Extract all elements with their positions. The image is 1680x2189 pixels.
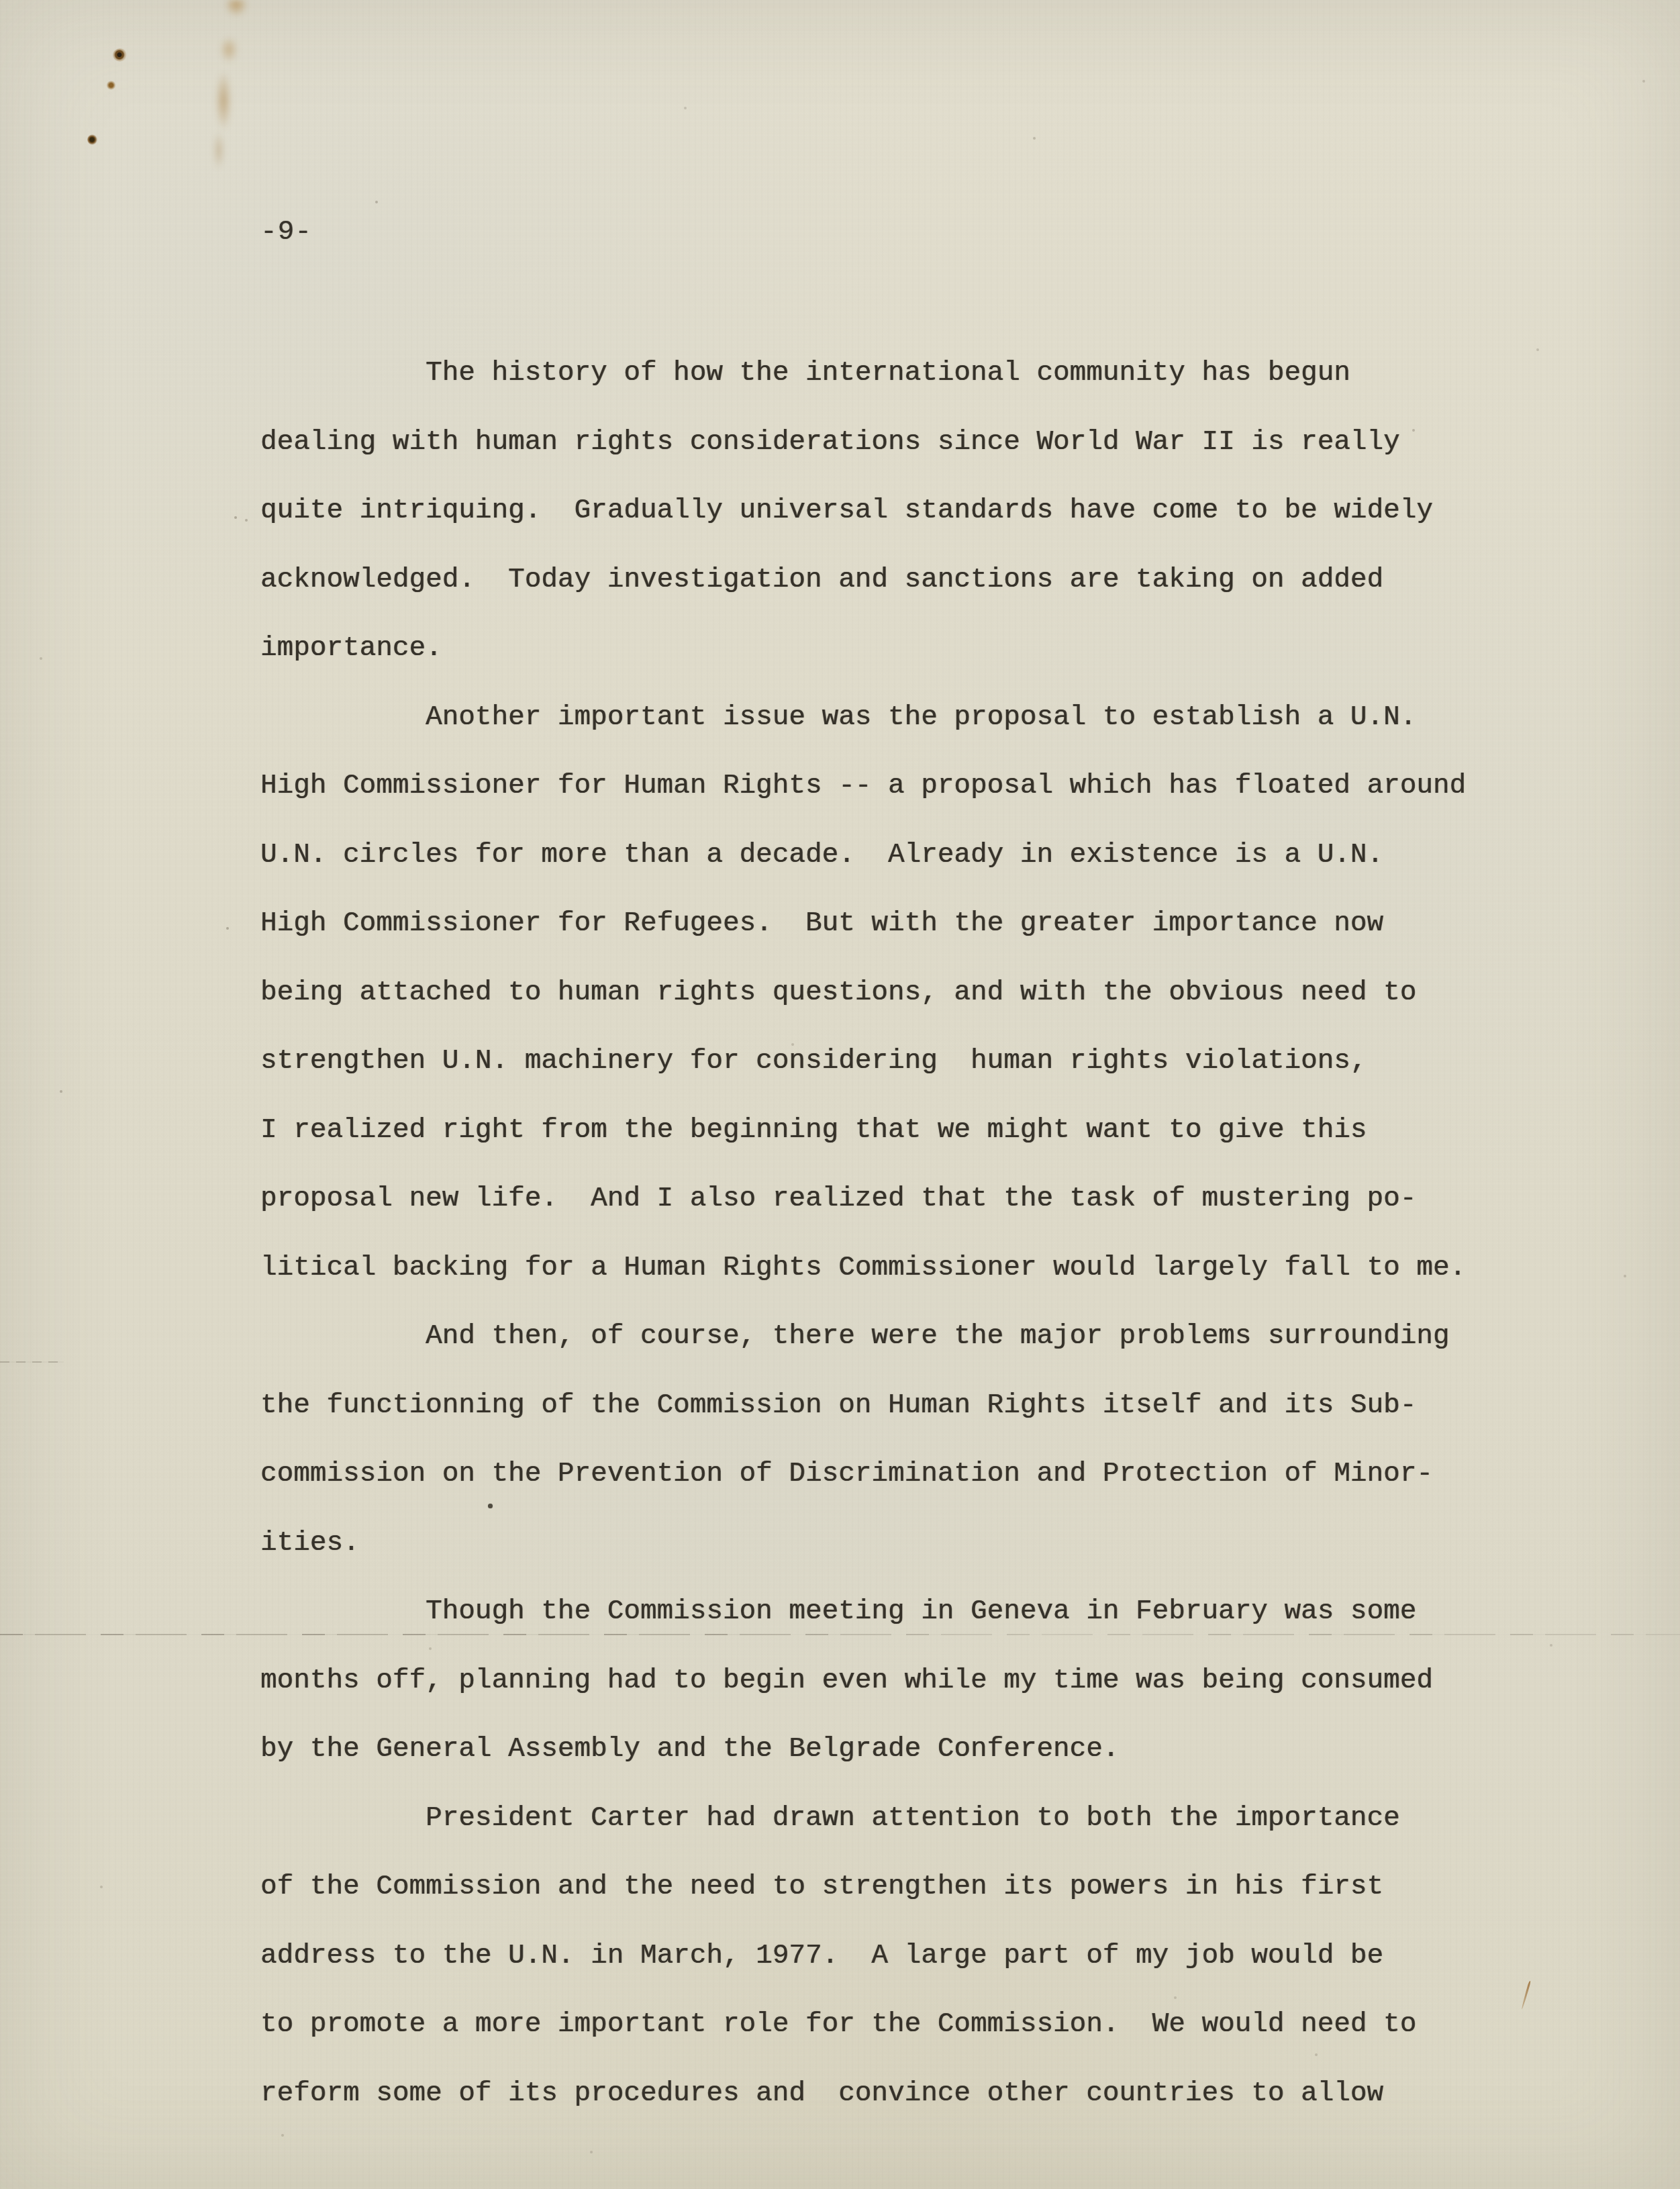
- text-line: of the Commission and the need to streng…: [260, 1853, 1536, 1922]
- stray-period-mark: [488, 1504, 493, 1508]
- text-line: ities.: [260, 1509, 1536, 1578]
- text-line: I realized right from the beginning that…: [260, 1096, 1536, 1165]
- paper-specks: [0, 0, 1, 1]
- ink-speck: [87, 134, 99, 145]
- text-line: importance.: [260, 614, 1536, 683]
- text-line: to promote a more important role for the…: [260, 1990, 1536, 2059]
- text-line: litical backing for a Human Rights Commi…: [260, 1234, 1536, 1303]
- text-line: the functionning of the Commission on Hu…: [260, 1371, 1536, 1441]
- text-line: address to the U.N. in March, 1977. A la…: [260, 1922, 1536, 1991]
- text-line: High Commissioner for Human Rights -- a …: [260, 752, 1536, 821]
- text-line: being attached to human rights questions…: [260, 959, 1536, 1028]
- text-line: And then, of course, there were the majo…: [260, 1302, 1536, 1371]
- text-line: commission on the Prevention of Discrimi…: [260, 1440, 1536, 1509]
- text-line: The history of how the international com…: [260, 339, 1536, 408]
- text-line: U.N. circles for more than a decade. Alr…: [260, 821, 1536, 890]
- text-line: months off, planning had to begin even w…: [260, 1647, 1536, 1716]
- page-number: -9-: [260, 212, 312, 252]
- text-line: acknowledged. Today investigation and sa…: [260, 546, 1536, 615]
- text-line: proposal new life. And I also realized t…: [260, 1165, 1536, 1234]
- text-line: by the General Assembly and the Belgrade…: [260, 1715, 1536, 1784]
- fold-crease-segment: [0, 1361, 64, 1363]
- ink-speck: [113, 48, 128, 62]
- text-line: High Commissioner for Refugees. But with…: [260, 889, 1536, 959]
- stain-speck: [106, 81, 116, 90]
- document-page: -9- The history of how the international…: [0, 0, 1680, 2189]
- text-line: Though the Commission meeting in Geneva …: [260, 1577, 1536, 1647]
- text-line: Another important issue was the proposal…: [260, 683, 1536, 752]
- stain-streak-mark: [201, 0, 258, 185]
- fold-crease-line: [0, 1634, 1680, 1635]
- text-line: dealing with human rights considerations…: [260, 408, 1536, 477]
- text-line: reform some of its procedures and convin…: [260, 2059, 1536, 2129]
- typed-text-block: The history of how the international com…: [260, 339, 1536, 2128]
- text-line: quite intriquing. Gradually universal st…: [260, 477, 1536, 546]
- text-line: strengthen U.N. machinery for considerin…: [260, 1027, 1536, 1096]
- text-line: President Carter had drawn attention to …: [260, 1784, 1536, 1853]
